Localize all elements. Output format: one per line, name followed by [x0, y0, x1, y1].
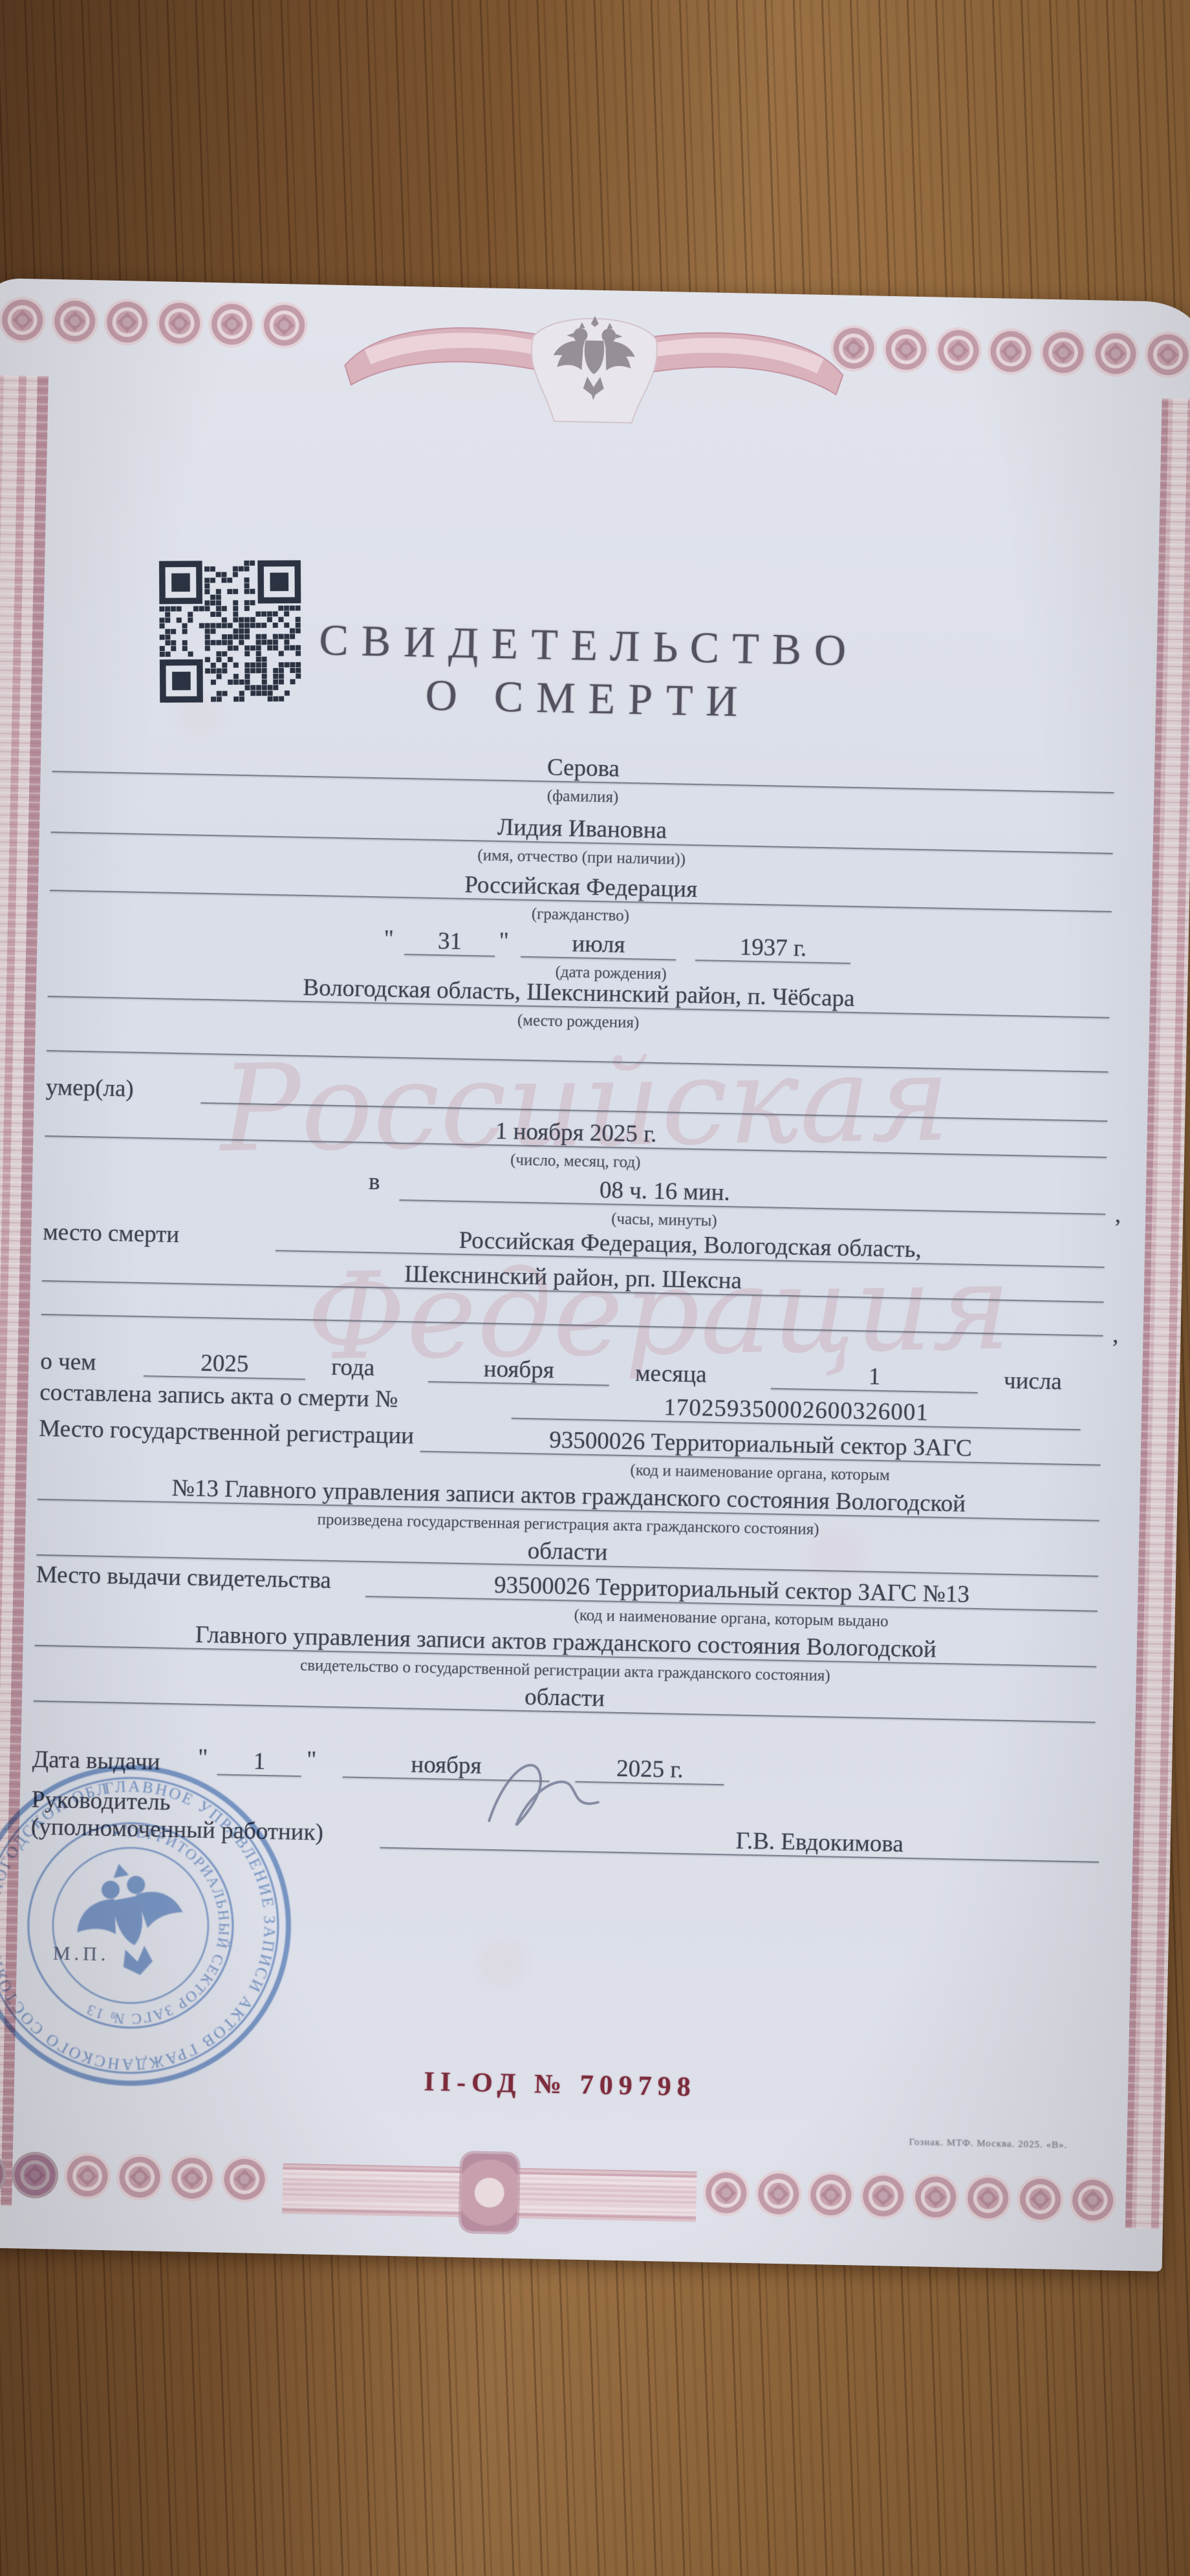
- registration-label: Место государственной регистрации: [39, 1415, 415, 1450]
- signature: [477, 1744, 628, 1838]
- rosette-ornament: [935, 327, 982, 374]
- birth-date-year: 1937 г.: [695, 932, 851, 963]
- rosette-ornament: [912, 2173, 959, 2220]
- rosette-ornament: [860, 2173, 907, 2220]
- rosette-ornament: [987, 328, 1034, 375]
- rosette-ornament: [208, 301, 255, 348]
- rosette-ornament: [63, 2152, 111, 2200]
- rosette-ornament: [51, 297, 98, 345]
- record-prefix: о чем: [40, 1347, 96, 1377]
- issue-place-label: Место выдачи свидетельства: [36, 1561, 331, 1594]
- rosette-ornament: [261, 301, 308, 349]
- registry-office-stamp: ГЛАВНОЕ УПРАВЛЕНИЕ ЗАПИСИ АКТОВ ГРАЖДАНС…: [0, 1732, 323, 2118]
- stamp-mp-label: М.П.: [53, 1942, 110, 1966]
- rosette-ornament: [1092, 330, 1139, 377]
- record-day-word: числа: [1004, 1367, 1063, 1396]
- rosette-ornament: [1017, 2175, 1064, 2222]
- birth-date-month: июля: [521, 929, 676, 960]
- rosette-ornament: [103, 299, 151, 346]
- rosette-ornament: [1039, 329, 1087, 376]
- died-label: умер(ла): [45, 1073, 134, 1103]
- rosette-ornament: [1069, 2176, 1116, 2224]
- official-name: Г.В. Евдокимова: [735, 1827, 903, 1858]
- death-time-value: 08 ч. 16 мин.: [490, 1174, 839, 1209]
- photo-of-death-certificate: { "doc": { "title1": "СВИДЕТЕЛЬСТВО", "t…: [0, 0, 1190, 2576]
- rosette-ornament: [807, 2171, 854, 2218]
- birth-date-day: 31: [404, 927, 495, 956]
- printer-imprint: Гознак. МТФ. Москва. 2025. «В».: [909, 2137, 1067, 2151]
- bottom-right-rosette-border: [702, 2169, 1116, 2224]
- death-time-prefix: в: [369, 1168, 380, 1196]
- record-month: ноября: [428, 1354, 610, 1386]
- ribbon-and-eagle-emblem: [337, 288, 850, 437]
- birth-date-open-quote: ": [384, 925, 394, 952]
- rosette-ornament: [221, 2156, 268, 2203]
- rosette-ornament: [1144, 331, 1190, 378]
- rosette-ornament: [156, 299, 203, 347]
- rosette-ornament: [882, 326, 929, 373]
- birth-date-close-quote: ": [499, 927, 509, 955]
- bottom-left-rosette-border: [0, 2151, 268, 2204]
- stamp-eagle: [66, 1854, 193, 1985]
- death-time-trailing-comma: ,: [1115, 1201, 1121, 1229]
- rosette-ornament: [755, 2170, 802, 2217]
- top-right-rosette-border: [830, 325, 1190, 378]
- record-month-word: месяца: [635, 1359, 707, 1388]
- rosette-ornament: [116, 2153, 163, 2200]
- rosette-ornament: [964, 2174, 1011, 2222]
- record-year: 2025: [144, 1348, 306, 1379]
- rosette-ornament: [0, 296, 46, 343]
- qr-code: [153, 554, 307, 709]
- top-left-rosette-border: [0, 296, 308, 349]
- rosette-ornament: [0, 2151, 6, 2198]
- rosette-ornament: [168, 2154, 215, 2202]
- bottom-center-ribbon-motif: [282, 2163, 697, 2222]
- deathplace-trailing-comma: ,: [1112, 1321, 1119, 1349]
- deathplace-label: место смерти: [43, 1218, 180, 1249]
- certificate-paper: Российская Федерация СВИДЕТЕЛЬСТВО О СМЕ…: [0, 278, 1190, 2271]
- rosette-ornament: [702, 2169, 750, 2216]
- issue-date-close-quote: ": [307, 1746, 317, 1774]
- rosette-ornament: [11, 2151, 58, 2198]
- record-year-word: года: [331, 1353, 375, 1382]
